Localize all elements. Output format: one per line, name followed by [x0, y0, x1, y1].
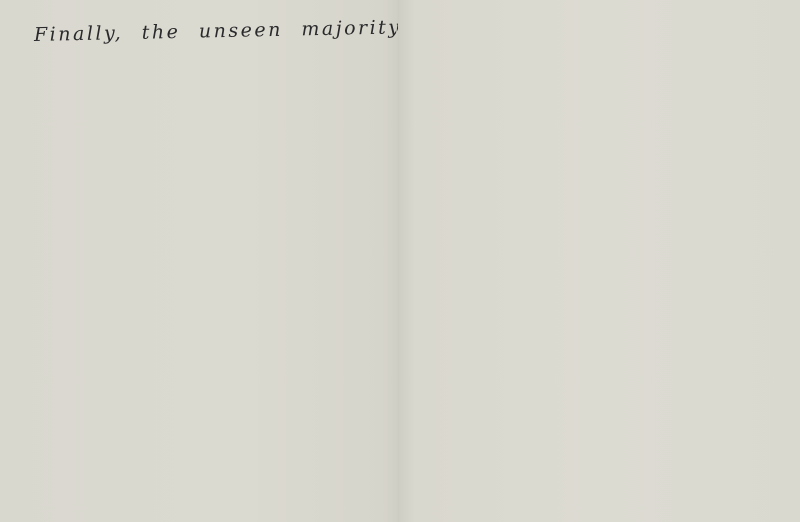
notebook-spread: Finally, the unseen majority: [0, 0, 800, 522]
handwritten-line: Finally, the unseen majority: [34, 16, 402, 46]
page-shadow: [396, 0, 397, 522]
left-page: Finally, the unseen majority: [0, 0, 399, 522]
right-page: [399, 0, 800, 522]
